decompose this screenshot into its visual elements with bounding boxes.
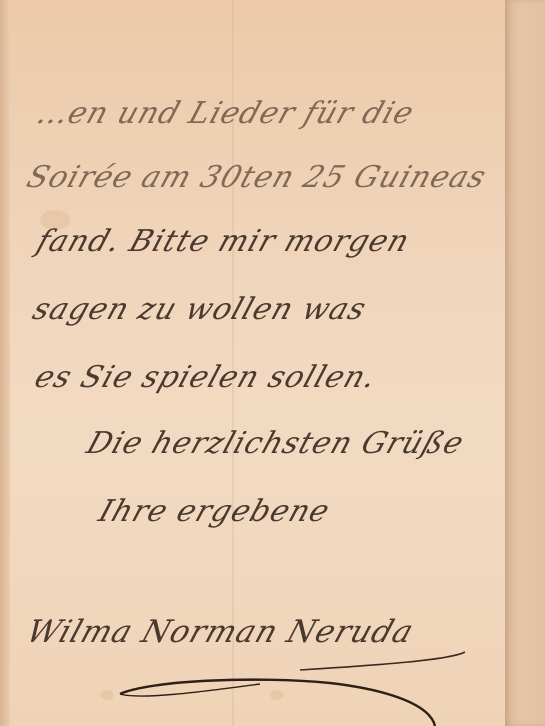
letter-line-1: …en und Lieder für die <box>32 96 418 131</box>
letter-line-7: Ihre ergebene <box>94 494 334 529</box>
letter-line-2: Soirée am 30ten 25 Guineas <box>22 160 491 195</box>
letter-line-5: es Sie spielen sollen. <box>30 360 381 395</box>
underlying-sheet <box>505 0 545 726</box>
letter-line-4: sagen zu wollen was <box>28 292 371 327</box>
paper-stain <box>100 690 114 700</box>
left-paper-edge <box>0 0 10 726</box>
paper-stain <box>270 690 284 700</box>
letter-line-6: Die herzlichsten Grüße <box>82 426 468 461</box>
letter-line-3: fand. Bitte mir morgen <box>32 224 414 259</box>
signature: Wilma Norman Neruda <box>22 614 418 650</box>
